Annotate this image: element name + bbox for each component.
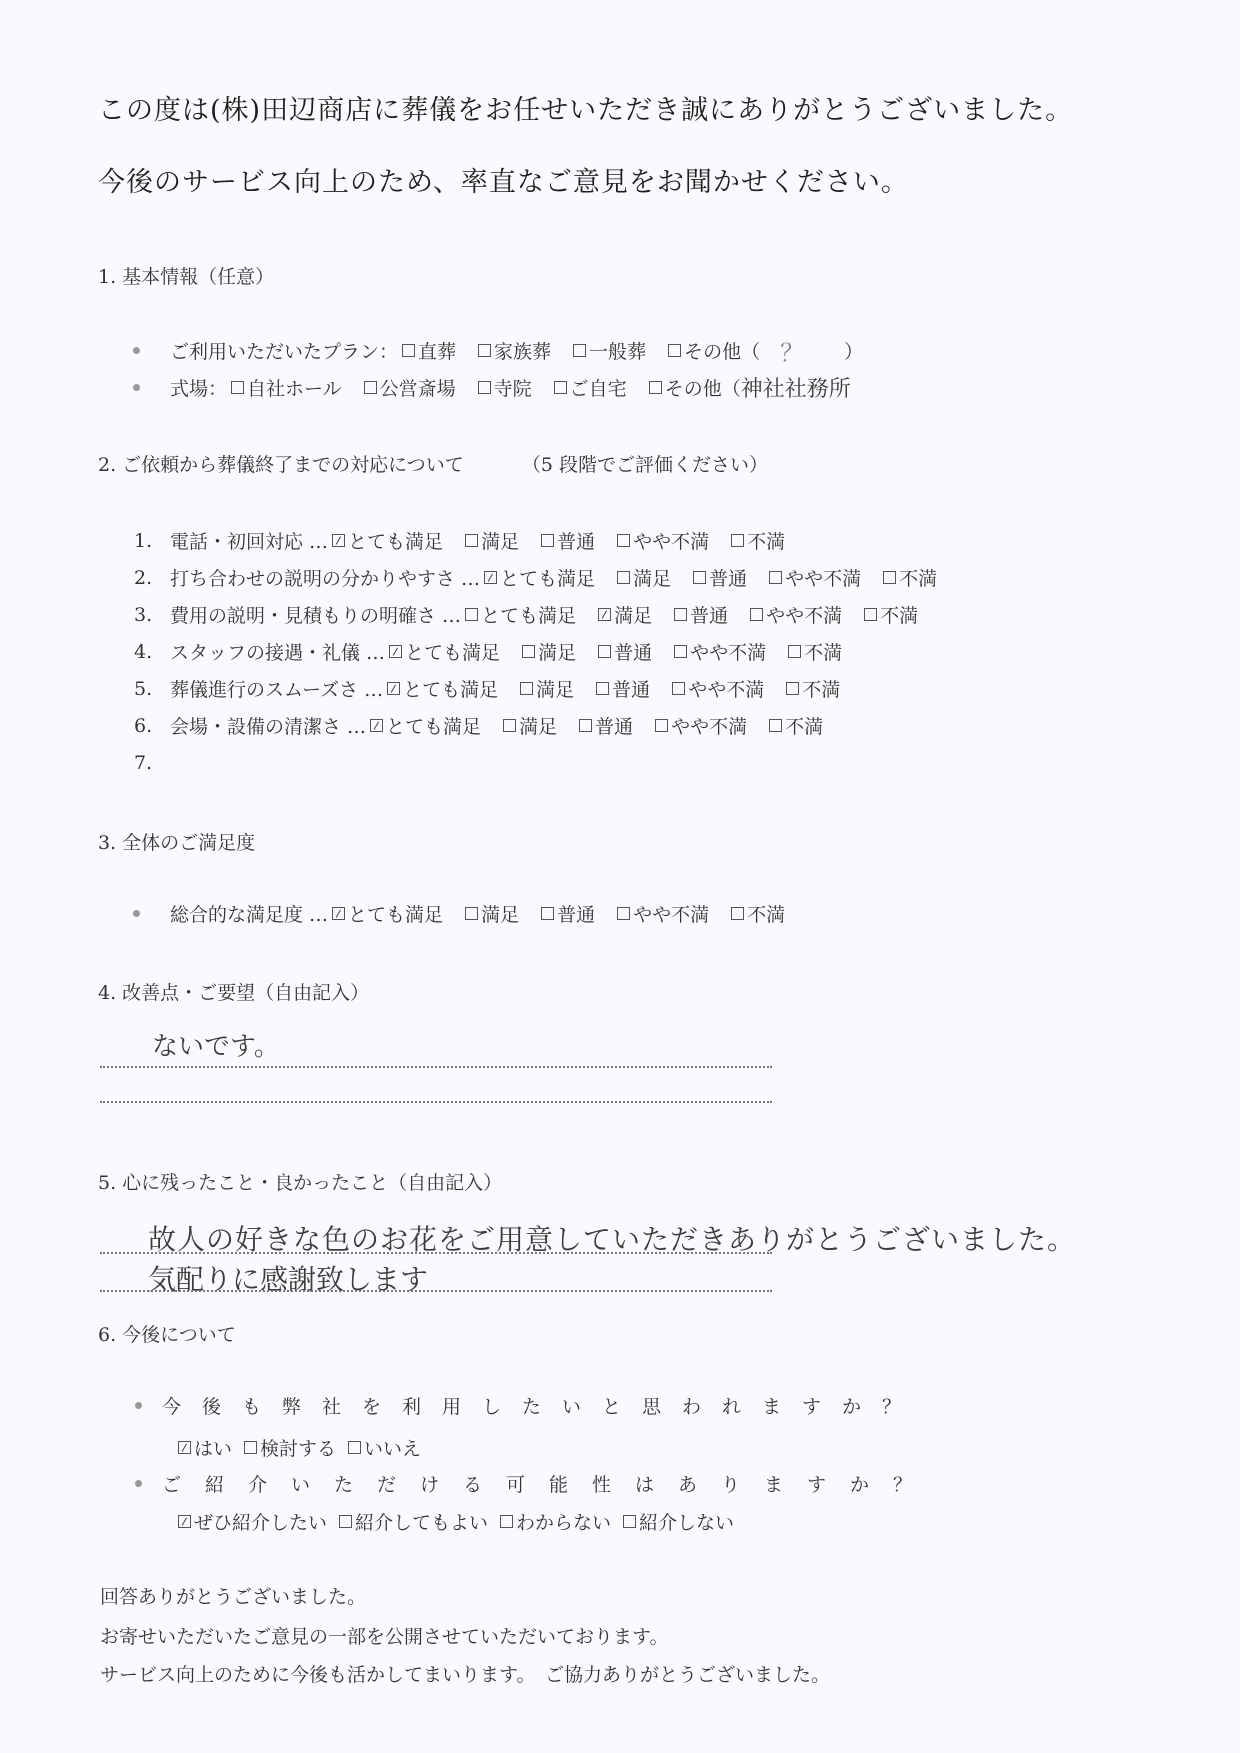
q1-option[interactable]: はい bbox=[178, 1434, 232, 1461]
rating-item-label: 会場・設備の清潔さ … bbox=[170, 712, 366, 739]
venue-label: 式場： bbox=[170, 374, 227, 401]
checked-checkbox-icon[interactable] bbox=[389, 645, 402, 658]
rating-item-label: 電話・初回対応 … bbox=[170, 527, 328, 554]
checkbox-icon[interactable] bbox=[623, 1515, 636, 1528]
rating-option[interactable]: 満足 bbox=[465, 527, 519, 554]
checkbox-icon[interactable] bbox=[617, 907, 630, 920]
q1-options: はい検討するいいえ bbox=[178, 1434, 433, 1461]
rating-option[interactable]: やや不満 bbox=[672, 675, 764, 702]
rating-option[interactable]: やや不満 bbox=[674, 638, 766, 665]
section6-title: 6. 今後について bbox=[98, 1320, 236, 1347]
rating-option[interactable]: とても満足 bbox=[484, 564, 595, 591]
overall-rating-option[interactable]: やや不満 bbox=[617, 900, 709, 927]
checkbox-icon[interactable] bbox=[617, 534, 630, 547]
rating-item-label: 打ち合わせの説明の分かりやすさ … bbox=[170, 564, 480, 591]
checkbox-icon[interactable] bbox=[500, 1515, 513, 1528]
rating-option[interactable]: 普通 bbox=[693, 564, 747, 591]
venue-option-temple[interactable]: 寺院 bbox=[478, 374, 532, 401]
rating-option[interactable]: 普通 bbox=[596, 675, 650, 702]
rating-option[interactable]: 普通 bbox=[674, 601, 728, 628]
checkbox-icon[interactable] bbox=[465, 534, 478, 547]
checkbox-icon[interactable] bbox=[864, 608, 877, 621]
checkbox-icon[interactable] bbox=[478, 381, 491, 394]
bullet-icon bbox=[133, 384, 140, 391]
checkbox-icon[interactable] bbox=[649, 381, 662, 394]
rating-option[interactable]: 満足 bbox=[522, 638, 576, 665]
rating-option[interactable]: とても満足 bbox=[389, 638, 500, 665]
bullet-icon bbox=[133, 910, 140, 917]
checkbox-icon[interactable] bbox=[786, 682, 799, 695]
overall-rating-row: 総合的な満足度 …とても満足満足普通やや不満不満 bbox=[133, 900, 807, 927]
rating-item-label: 葬儀進行のスムーズさ … bbox=[170, 675, 383, 702]
rating-list: 1.電話・初回対応 …とても満足満足普通やや不満不満2.打ち合わせの説明の分かり… bbox=[134, 522, 959, 781]
venue-option-own-hall[interactable]: 自社ホール bbox=[231, 374, 342, 401]
checkbox-icon[interactable] bbox=[693, 571, 706, 584]
rating-item: 4.スタッフの接遇・礼儀 …とても満足満足普通やや不満不満 bbox=[134, 633, 959, 670]
plan-row: ご利用いただいたプラン： 直葬 家族葬 一般葬 その他（ ？ ） bbox=[133, 333, 863, 368]
closing-line2: お寄せいただいたご意見の一部を公開させていただいております。 bbox=[100, 1622, 668, 1649]
rating-option[interactable]: 満足 bbox=[617, 564, 671, 591]
checkbox-icon[interactable] bbox=[674, 608, 687, 621]
overall-rating-option[interactable]: 不満 bbox=[731, 900, 785, 927]
closing-line1: 回答ありがとうございました。 bbox=[100, 1582, 366, 1609]
memorable-answer-line2[interactable]: 気配りに感謝致します bbox=[148, 1258, 428, 1298]
checkbox-icon[interactable] bbox=[465, 907, 478, 920]
rating-option[interactable]: 普通 bbox=[598, 638, 652, 665]
checkbox-icon[interactable] bbox=[465, 608, 478, 621]
checked-checkbox-icon[interactable] bbox=[484, 571, 497, 584]
checkbox-icon[interactable] bbox=[541, 907, 554, 920]
checkbox-icon[interactable] bbox=[339, 1515, 352, 1528]
plan-option-direct[interactable]: 直葬 bbox=[402, 337, 456, 364]
section5-title: 5. 心に残ったこと・良かったこと（自由記入） bbox=[98, 1168, 502, 1195]
answer-line bbox=[100, 1252, 772, 1254]
rating-option[interactable]: 普通 bbox=[579, 712, 633, 739]
rating-item-label: スタッフの接遇・礼儀 … bbox=[170, 638, 385, 665]
rating-option[interactable]: とても満足 bbox=[370, 712, 481, 739]
section2-note: （5 段階でご評価ください） bbox=[522, 454, 768, 476]
section3-title: 3. 全体のご満足度 bbox=[98, 828, 255, 855]
checkbox-icon[interactable] bbox=[541, 534, 554, 547]
checkbox-icon[interactable] bbox=[750, 608, 763, 621]
rating-option[interactable]: とても満足 bbox=[465, 601, 576, 628]
rating-option[interactable]: とても満足 bbox=[332, 527, 443, 554]
q2-option[interactable]: ぜひ紹介したい bbox=[178, 1508, 327, 1535]
q2-text: ご紹介いただける可能性はありますか？ bbox=[162, 1470, 936, 1497]
checked-checkbox-icon[interactable] bbox=[178, 1441, 191, 1454]
overall-rating-label: 総合的な満足度 … bbox=[170, 900, 328, 927]
rating-item: 7. bbox=[134, 744, 959, 781]
plan-option-family[interactable]: 家族葬 bbox=[478, 337, 551, 364]
rating-item: 2.打ち合わせの説明の分かりやすさ …とても満足満足普通やや不満不満 bbox=[134, 559, 959, 596]
checkbox-icon[interactable] bbox=[731, 534, 744, 547]
checkbox-icon[interactable] bbox=[520, 682, 533, 695]
checked-checkbox-icon[interactable] bbox=[332, 534, 345, 547]
checked-checkbox-icon[interactable] bbox=[178, 1515, 191, 1528]
checkbox-icon[interactable] bbox=[617, 571, 630, 584]
q2-option[interactable]: わからない bbox=[500, 1508, 611, 1535]
q2-option[interactable]: 紹介してもよい bbox=[339, 1508, 488, 1535]
bullet-icon bbox=[135, 1402, 142, 1409]
plan-other-value[interactable]: ？ bbox=[780, 333, 804, 368]
rating-item-number: 5. bbox=[134, 678, 170, 700]
checkbox-icon[interactable] bbox=[769, 719, 782, 732]
venue-option-other[interactable]: その他（ bbox=[649, 374, 741, 401]
closing-line3: サービス向上のために今後も活かしてまいります。 ご協力ありがとうございました。 bbox=[100, 1660, 830, 1687]
plan-other-close: ） bbox=[844, 337, 863, 364]
checkbox-icon[interactable] bbox=[231, 381, 244, 394]
checkbox-icon[interactable] bbox=[668, 344, 681, 357]
rating-item-number: 2. bbox=[134, 567, 170, 589]
q2-options: ぜひ紹介したい紹介してもよいわからない紹介しない bbox=[178, 1508, 746, 1535]
rating-option[interactable]: 不満 bbox=[731, 527, 785, 554]
checkbox-icon[interactable] bbox=[554, 381, 567, 394]
checkbox-icon[interactable] bbox=[244, 1441, 257, 1454]
overall-rating-option[interactable]: とても満足 bbox=[332, 900, 443, 927]
improvement-answer[interactable]: ないです。 bbox=[152, 1026, 280, 1063]
bullet-icon bbox=[133, 347, 140, 354]
rating-item-number: 7. bbox=[134, 752, 170, 774]
checkbox-icon[interactable] bbox=[598, 645, 611, 658]
answer-line bbox=[100, 1066, 772, 1068]
rating-option[interactable]: 不満 bbox=[786, 675, 840, 702]
q2-option[interactable]: 紹介しない bbox=[623, 1508, 734, 1535]
rating-option[interactable]: 満足 bbox=[520, 675, 574, 702]
section4-title: 4. 改善点・ご要望（自由記入） bbox=[98, 978, 369, 1005]
q1-option[interactable]: いいえ bbox=[348, 1434, 421, 1461]
checked-checkbox-icon[interactable] bbox=[598, 608, 611, 621]
answer-line bbox=[100, 1101, 772, 1103]
q2-row: ご紹介いただける可能性はありますか？ bbox=[135, 1470, 936, 1497]
checkbox-icon[interactable] bbox=[883, 571, 896, 584]
intro-request: 今後のサービス向上のため、率直なご意見をお聞かせください。 bbox=[98, 160, 909, 199]
venue-row: 式場： 自社ホール 公営斎場 寺院 ご自宅 その他（ 神社社務所 bbox=[133, 372, 851, 403]
q1-row: 今後も弊社を利用したいと思われますか？ bbox=[135, 1392, 922, 1419]
rating-item-number: 3. bbox=[134, 604, 170, 626]
q1-option[interactable]: 検討する bbox=[244, 1434, 336, 1461]
overall-rating-option[interactable]: 満足 bbox=[465, 900, 519, 927]
rating-option[interactable]: 不満 bbox=[864, 601, 918, 628]
checkbox-icon[interactable] bbox=[788, 645, 801, 658]
plan-option-general[interactable]: 一般葬 bbox=[573, 337, 646, 364]
checkbox-icon[interactable] bbox=[731, 907, 744, 920]
checkbox-icon[interactable] bbox=[522, 645, 535, 658]
rating-option[interactable]: やや不満 bbox=[750, 601, 842, 628]
checkbox-icon[interactable] bbox=[579, 719, 592, 732]
rating-option[interactable]: 不満 bbox=[769, 712, 823, 739]
rating-option[interactable]: やや不満 bbox=[769, 564, 861, 591]
rating-option[interactable]: 満足 bbox=[503, 712, 557, 739]
checkbox-icon[interactable] bbox=[655, 719, 668, 732]
rating-option[interactable]: やや不満 bbox=[655, 712, 747, 739]
checkbox-icon[interactable] bbox=[348, 1441, 361, 1454]
overall-rating-option[interactable]: 普通 bbox=[541, 900, 595, 927]
rating-item-number: 4. bbox=[134, 641, 170, 663]
answer-line bbox=[100, 1290, 772, 1292]
rating-option[interactable]: やや不満 bbox=[617, 527, 709, 554]
rating-option[interactable]: 満足 bbox=[598, 601, 652, 628]
rating-option[interactable]: 不満 bbox=[883, 564, 937, 591]
checked-checkbox-icon[interactable] bbox=[387, 682, 400, 695]
rating-option[interactable]: 不満 bbox=[788, 638, 842, 665]
checkbox-icon[interactable] bbox=[573, 344, 586, 357]
rating-item-label: 費用の説明・見積もりの明確さ … bbox=[170, 601, 461, 628]
checked-checkbox-icon[interactable] bbox=[370, 719, 383, 732]
checkbox-icon[interactable] bbox=[672, 682, 685, 695]
section2-title: 2. ご依頼から葬儀終了までの対応について （5 段階でご評価ください） bbox=[98, 450, 768, 477]
rating-option[interactable]: 普通 bbox=[541, 527, 595, 554]
checkbox-icon[interactable] bbox=[402, 344, 415, 357]
intro-thanks: この度は(株)田辺商店に葬儀をお任せいただき誠にありがとうございました。 bbox=[98, 88, 1073, 127]
rating-item: 1.電話・初回対応 …とても満足満足普通やや不満不満 bbox=[134, 522, 959, 559]
checkbox-icon[interactable] bbox=[596, 682, 609, 695]
plan-label: ご利用いただいたプラン： bbox=[170, 337, 398, 364]
checkbox-icon[interactable] bbox=[364, 381, 377, 394]
rating-item-number: 6. bbox=[134, 715, 170, 737]
checkbox-icon[interactable] bbox=[674, 645, 687, 658]
rating-item: 5.葬儀進行のスムーズさ …とても満足満足普通やや不満不満 bbox=[134, 670, 959, 707]
checked-checkbox-icon[interactable] bbox=[332, 907, 345, 920]
plan-option-other[interactable]: その他（ bbox=[668, 337, 760, 364]
checkbox-icon[interactable] bbox=[478, 344, 491, 357]
section1-title: 1. 基本情報（任意） bbox=[98, 262, 274, 289]
venue-other-value[interactable]: 神社社務所 bbox=[741, 372, 851, 403]
rating-item-number: 1. bbox=[134, 530, 170, 552]
rating-option[interactable]: とても満足 bbox=[387, 675, 498, 702]
rating-item: 6.会場・設備の清潔さ …とても満足満足普通やや不満不満 bbox=[134, 707, 959, 744]
venue-option-home[interactable]: ご自宅 bbox=[554, 374, 627, 401]
bullet-icon bbox=[135, 1480, 142, 1487]
q1-text: 今後も弊社を利用したいと思われますか？ bbox=[162, 1392, 922, 1419]
rating-item: 3.費用の説明・見積もりの明確さ …とても満足満足普通やや不満不満 bbox=[134, 596, 959, 633]
venue-option-public[interactable]: 公営斎場 bbox=[364, 374, 456, 401]
checkbox-icon[interactable] bbox=[503, 719, 516, 732]
checkbox-icon[interactable] bbox=[769, 571, 782, 584]
